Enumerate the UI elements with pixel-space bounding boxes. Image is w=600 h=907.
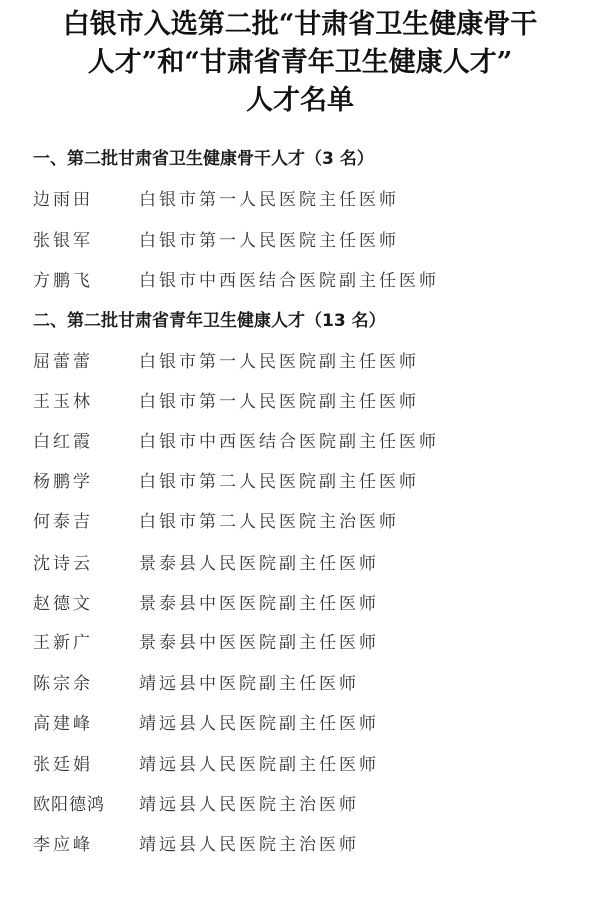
person-name: 赵德文 [33,592,93,616]
person-position: 靖远县人民医院主治医师 [139,833,359,857]
person-position: 白银市第一人民医院副主任医师 [139,350,419,374]
document-title: 白银市入选第二批“甘肃省卫生健康骨干 人才”和“甘肃省青年卫生健康人才” 人才名… [0,6,600,120]
person-position: 靖远县人民医院主治医师 [139,793,359,817]
title-line-3: 人才名单 [0,82,600,120]
person-position: 白银市第二人民医院副主任医师 [139,470,419,494]
person-position: 白银市第二人民医院主治医师 [139,510,399,534]
title-line-1: 白银市入选第二批“甘肃省卫生健康骨干 [0,6,600,44]
person-position: 白银市第一人民医院主任医师 [139,188,399,212]
person-name: 方鹏飞 [33,269,93,293]
person-name: 杨鹏学 [33,470,93,494]
person-name: 王玉林 [33,390,93,414]
title-line-2: 人才”和“甘肃省青年卫生健康人才” [0,44,600,82]
person-position: 白银市中西医结合医院副主任医师 [139,430,439,454]
person-position: 靖远县中医院副主任医师 [139,672,359,696]
person-name: 欧阳德鸿 [33,793,105,817]
section-heading-backbone-talent: 一、第二批甘肃省卫生健康骨干人才（3 名） [33,148,374,170]
person-position: 景泰县人民医院副主任医师 [139,552,379,576]
person-name: 张银军 [33,229,93,253]
person-name: 李应峰 [33,833,93,857]
person-position: 白银市第一人民医院副主任医师 [139,390,419,414]
person-name: 白红霞 [33,430,93,454]
person-position: 景泰县中医医院副主任医师 [139,631,379,655]
person-name: 边雨田 [33,188,93,212]
section-heading-youth-talent: 二、第二批甘肃省青年卫生健康人才（13 名） [33,310,386,332]
person-name: 屈蕾蕾 [33,350,93,374]
person-name: 王新广 [33,631,93,655]
person-position: 白银市第一人民医院主任医师 [139,229,399,253]
person-position: 景泰县中医医院副主任医师 [139,592,379,616]
person-position: 白银市中西医结合医院副主任医师 [139,269,439,293]
person-name: 沈诗云 [33,552,93,576]
person-position: 靖远县人民医院副主任医师 [139,753,379,777]
person-name: 高建峰 [33,712,93,736]
person-name: 张廷娟 [33,753,93,777]
person-name: 何泰吉 [33,510,93,534]
person-position: 靖远县人民医院副主任医师 [139,712,379,736]
person-name: 陈宗余 [33,672,93,696]
